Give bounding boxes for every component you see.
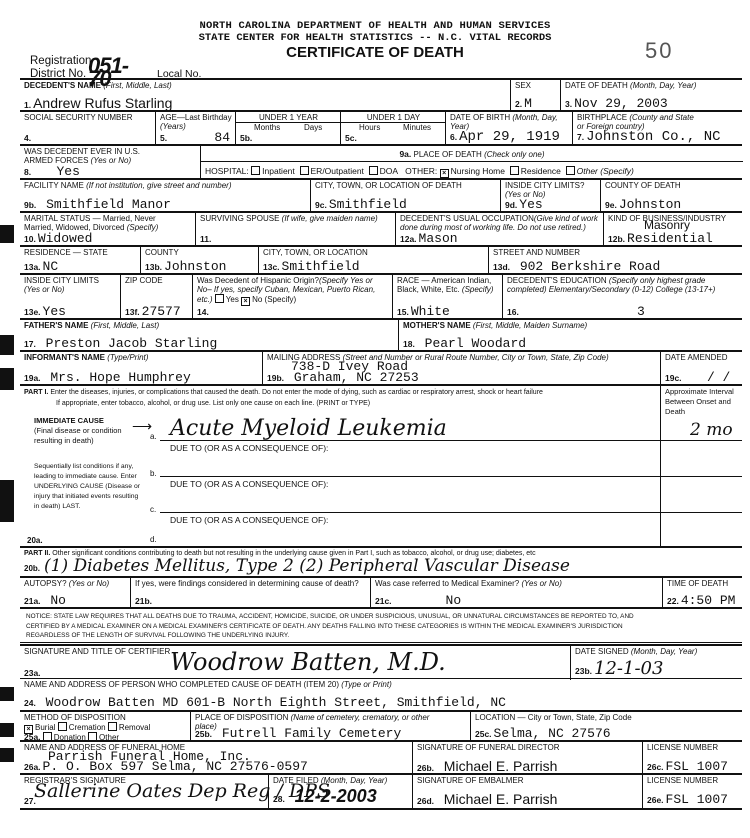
row-informant: INFORMANT'S NAME (Type/Print) 19a. Mrs. …	[20, 350, 742, 386]
field-residence-county[interactable]: COUNTY 13b.Johnston	[140, 247, 258, 275]
row-demographics: INSIDE CITY LIMITS(Yes or No) 13e.Yes ZI…	[20, 273, 742, 320]
field-age[interactable]: AGE—Last Birthday(Years) 5.84	[155, 112, 235, 146]
notice-box: NOTICE: STATE LAW REQUIRES THAT ALL DEAT…	[20, 607, 742, 643]
field-time-of-death[interactable]: TIME OF DEATH 22.4:50 PM	[662, 578, 742, 609]
field-disposition-location[interactable]: LOCATION — City or Town, State, Zip Code…	[470, 712, 742, 742]
cause-a-value: Acute Myeloid Leukemia	[170, 416, 447, 441]
field-disposition-place[interactable]: PLACE OF DISPOSITION (Name of cemetery, …	[190, 712, 470, 742]
field-death-inside-limits[interactable]: INSIDE CITY LIMITS?(Yes or No) 9d.Yes	[500, 180, 600, 213]
checkbox-other[interactable]: Other (Specify)	[566, 166, 634, 176]
field-mother-name[interactable]: MOTHER'S NAME (First, Middle, Maiden Sur…	[398, 320, 742, 352]
field-residence-city[interactable]: CITY, TOWN, OR LOCATION 13c.Smithfield	[258, 247, 488, 275]
field-residence-state[interactable]: RESIDENCE — STATE 13a.NC	[20, 247, 140, 275]
field-zip[interactable]: ZIP CODE 13f.27577	[120, 275, 192, 320]
row-residence: RESIDENCE — STATE 13a.NC COUNTY 13b.John…	[20, 245, 742, 275]
field-surviving-spouse[interactable]: SURVIVING SPOUSE (If wife, give maiden n…	[195, 213, 395, 247]
row-decedent: DECEDENT'S NAME (First, Middle, Last) 1.…	[20, 78, 742, 112]
margin-tab	[0, 335, 14, 355]
field-decedent-name[interactable]: DECEDENT'S NAME (First, Middle, Last) 1.…	[20, 80, 510, 112]
field-autopsy-findings[interactable]: If yes, were findings considered in dete…	[130, 578, 370, 609]
field-hispanic[interactable]: Was Decedent of Hispanic Origin?(Specify…	[192, 275, 392, 320]
field-embalmer[interactable]: SIGNATURE OF EMBALMER 26d. Michael E. Pa…	[412, 775, 642, 808]
row-disposition: METHOD OF DISPOSITION Burial Cremation R…	[20, 710, 742, 742]
field-education[interactable]: DECEDENT'S EDUCATION (Specify only highe…	[502, 275, 742, 320]
checkbox-doa[interactable]: DOA	[369, 166, 398, 176]
field-facility-name[interactable]: FACILITY NAME (If not institution, give …	[20, 180, 310, 213]
row-facility: FACILITY NAME (If not institution, give …	[20, 178, 742, 213]
field-informant-address[interactable]: MAILING ADDRESS (Street and Number or Ru…	[262, 352, 660, 386]
field-date-of-death[interactable]: DATE OF DEATH (Month, Day, Year) 3.Nov 2…	[560, 80, 742, 112]
field-death-city[interactable]: CITY, TOWN, OR LOCATION OF DEATH 9c.Smit…	[310, 180, 500, 213]
registration-label: Registration	[30, 55, 91, 68]
field-informant-name[interactable]: INFORMANT'S NAME (Type/Print) 19a. Mrs. …	[20, 352, 262, 386]
row-parents: FATHER'S NAME (First, Middle, Last) 17. …	[20, 318, 742, 352]
agency-line-1: NORTH CAROLINA DEPARTMENT OF HEALTH AND …	[0, 20, 750, 32]
field-date-filed[interactable]: DATE FILED (Month, Day, Year) 28. 12-2-2…	[268, 775, 412, 808]
field-embalmer-license[interactable]: LICENSE NUMBER 26e.FSL 1007	[642, 775, 742, 808]
cause-line-d[interactable]: d.	[150, 535, 157, 544]
margin-tab	[0, 480, 14, 522]
field-funeral-director[interactable]: SIGNATURE OF FUNERAL DIRECTOR 26b. Micha…	[412, 742, 642, 775]
field-date-amended[interactable]: DATE AMENDED 19c. / /	[660, 352, 742, 386]
field-armed-forces[interactable]: WAS DECEDENT EVER IN U.S.ARMED FORCES (Y…	[20, 146, 200, 180]
field-medical-examiner[interactable]: Was case referred to Medical Examiner? (…	[370, 578, 662, 609]
checkbox-inpatient[interactable]: Inpatient	[251, 166, 295, 176]
field-under-1-day[interactable]: UNDER 1 DAY Hours Minutes 5c.	[340, 112, 445, 146]
row-place-of-death: WAS DECEDENT EVER IN U.S.ARMED FORCES (Y…	[20, 144, 742, 180]
checkbox-cremation[interactable]: Cremation	[58, 723, 106, 732]
checkbox-residence[interactable]: Residence	[510, 166, 561, 176]
corner-number: 50	[645, 38, 673, 64]
field-registrar-signature[interactable]: REGISTRAR'S SIGNATURE 27. Sallerine Oate…	[20, 775, 268, 808]
agency-line-2: STATE CENTER FOR HEALTH STATISTICS -- N.…	[0, 32, 750, 44]
checkbox-er-outpatient[interactable]: ER/Outpatient	[300, 166, 364, 176]
checkbox-burial[interactable]: Burial	[24, 723, 55, 732]
field-race[interactable]: RACE — American Indian,Black, White, Etc…	[392, 275, 502, 320]
field-director-license[interactable]: LICENSE NUMBER 26c.FSL 1007	[642, 742, 742, 775]
checkbox-hispanic-yes[interactable]: Yes	[215, 295, 239, 304]
checkbox-removal[interactable]: Removal	[108, 723, 151, 732]
row-vitals: SOCIAL SECURITY NUMBER 4. AGE—Last Birth…	[20, 110, 742, 146]
field-place-of-death: 9a. PLACE OF DEATH (Check only one) HOSP…	[200, 146, 742, 180]
section-cause-part2[interactable]: PART II. Other significant conditions co…	[20, 546, 742, 578]
field-date-of-birth[interactable]: DATE OF BIRTH (Month, Day,Year) 6.Apr 29…	[445, 112, 572, 146]
field-funeral-home[interactable]: NAME AND ADDRESS OF FUNERAL HOME Parrish…	[20, 742, 412, 775]
field-under-1-year[interactable]: UNDER 1 YEAR Months Days 5b.	[235, 112, 340, 146]
margin-tab	[0, 225, 14, 243]
cause-line-b[interactable]	[160, 476, 742, 477]
field-certifier-signature[interactable]: SIGNATURE AND TITLE OF CERTIFIER 23a. Wo…	[20, 646, 570, 680]
margin-tab	[0, 748, 14, 762]
row-funeral-home: NAME AND ADDRESS OF FUNERAL HOME Parrish…	[20, 740, 742, 775]
field-residence-street[interactable]: STREET AND NUMBER 13d. 902 Berkshire Roa…	[488, 247, 742, 275]
field-death-county[interactable]: COUNTY OF DEATH 9e.Johnston	[600, 180, 742, 213]
field-date-signed[interactable]: DATE SIGNED (Month, Day, Year) 23b.12-1-…	[570, 646, 742, 680]
row-marital: MARITAL STATUS — Married, NeverMarried, …	[20, 211, 742, 247]
field-sex[interactable]: SEX 2.M	[510, 80, 560, 112]
margin-tab	[0, 368, 14, 390]
row-autopsy: AUTOPSY? (Yes or No) 21a. No If yes, wer…	[20, 576, 742, 609]
field-marital-status[interactable]: MARITAL STATUS — Married, NeverMarried, …	[20, 213, 195, 247]
field-occupation[interactable]: DECEDENT'S USUAL OCCUPATION(Give kind of…	[395, 213, 603, 247]
margin-tab	[0, 723, 14, 737]
row-registrar: REGISTRAR'S SIGNATURE 27. Sallerine Oate…	[20, 773, 742, 810]
cause-a-interval: 2 mo	[690, 420, 733, 440]
section-cause-part1: PART I. Enter the diseases, injuries, or…	[20, 384, 742, 548]
field-autopsy[interactable]: AUTOPSY? (Yes or No) 21a. No	[20, 578, 130, 609]
field-disposition-method: METHOD OF DISPOSITION Burial Cremation R…	[20, 712, 190, 742]
row-certifier: SIGNATURE AND TITLE OF CERTIFIER 23a. Wo…	[20, 644, 742, 680]
field-completer[interactable]: NAME AND ADDRESS OF PERSON WHO COMPLETED…	[20, 678, 742, 711]
field-birthplace[interactable]: BIRTHPLACE (County and Stateor Foreign c…	[572, 112, 742, 146]
margin-tab	[0, 687, 14, 701]
checkbox-nursing-home[interactable]: Nursing Home	[440, 166, 505, 176]
field-father-name[interactable]: FATHER'S NAME (First, Middle, Last) 17. …	[20, 320, 398, 352]
checkbox-hispanic-no[interactable]: No (Specify)	[241, 295, 296, 304]
part2-value: (1) Diabetes Mellitus, Type 2 (2) Periph…	[44, 556, 570, 576]
field-business[interactable]: KIND OF BUSINESS/INDUSTRY Masonry 12b.Re…	[603, 213, 742, 247]
cause-line-c[interactable]	[160, 512, 742, 513]
interval-column: Approximate Interval Between Onset and D…	[660, 386, 742, 548]
field-ssn[interactable]: SOCIAL SECURITY NUMBER 4.	[20, 112, 155, 146]
field-residence-inside-limits[interactable]: INSIDE CITY LIMITS(Yes or No) 13e.Yes	[20, 275, 120, 320]
